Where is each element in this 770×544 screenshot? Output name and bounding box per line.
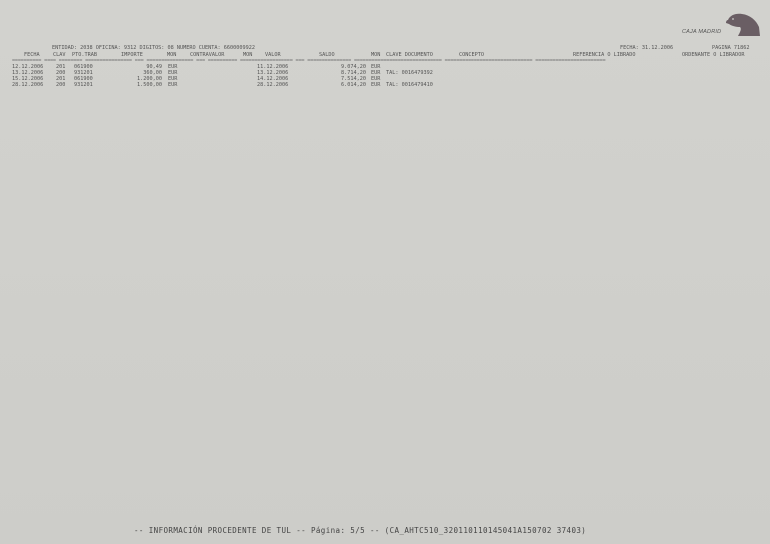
transactions-table: 12.12.200620106190090,49EUR11.12.20069.0… bbox=[0, 64, 770, 88]
cell-importe: 1.500,00 bbox=[137, 82, 162, 88]
statement-date: FECHA: 31.12.2006 bbox=[620, 45, 673, 51]
cell-saldo: 6.014,20 bbox=[341, 82, 366, 88]
cell-valor: 28.12.2006 bbox=[257, 82, 288, 88]
col-ordenante: ORDENANTE O LIBRADOR bbox=[682, 52, 744, 58]
account-header: ENTIDAD: 2038 OFICINA: 9312 DIGITOS: 08 … bbox=[52, 45, 255, 51]
bank-name: CAJA MADRID bbox=[682, 29, 721, 35]
page-number: PAGINA 71862 bbox=[712, 45, 749, 51]
table-row: 28.12.20062009312011.500,00EUR28.12.2006… bbox=[0, 82, 770, 88]
cell-pto-trab: 931201 bbox=[74, 82, 93, 88]
cell-mon: EUR bbox=[168, 82, 177, 88]
bank-logo: CAJA MADRID bbox=[682, 12, 762, 38]
cell-clav: 200 bbox=[56, 82, 65, 88]
footer-info: -- INFORMACIÓN PROCEDENTE DE TUL -- Pági… bbox=[134, 526, 586, 535]
cell-fecha: 28.12.2006 bbox=[12, 82, 43, 88]
bear-icon bbox=[724, 12, 762, 36]
statement-page: CAJA MADRID ENTIDAD: 2038 OFICINA: 9312 … bbox=[0, 0, 770, 544]
cell-mon-saldo: EUR bbox=[371, 82, 380, 88]
cell-clave-documento: TAL: 0016479410 bbox=[386, 82, 433, 88]
